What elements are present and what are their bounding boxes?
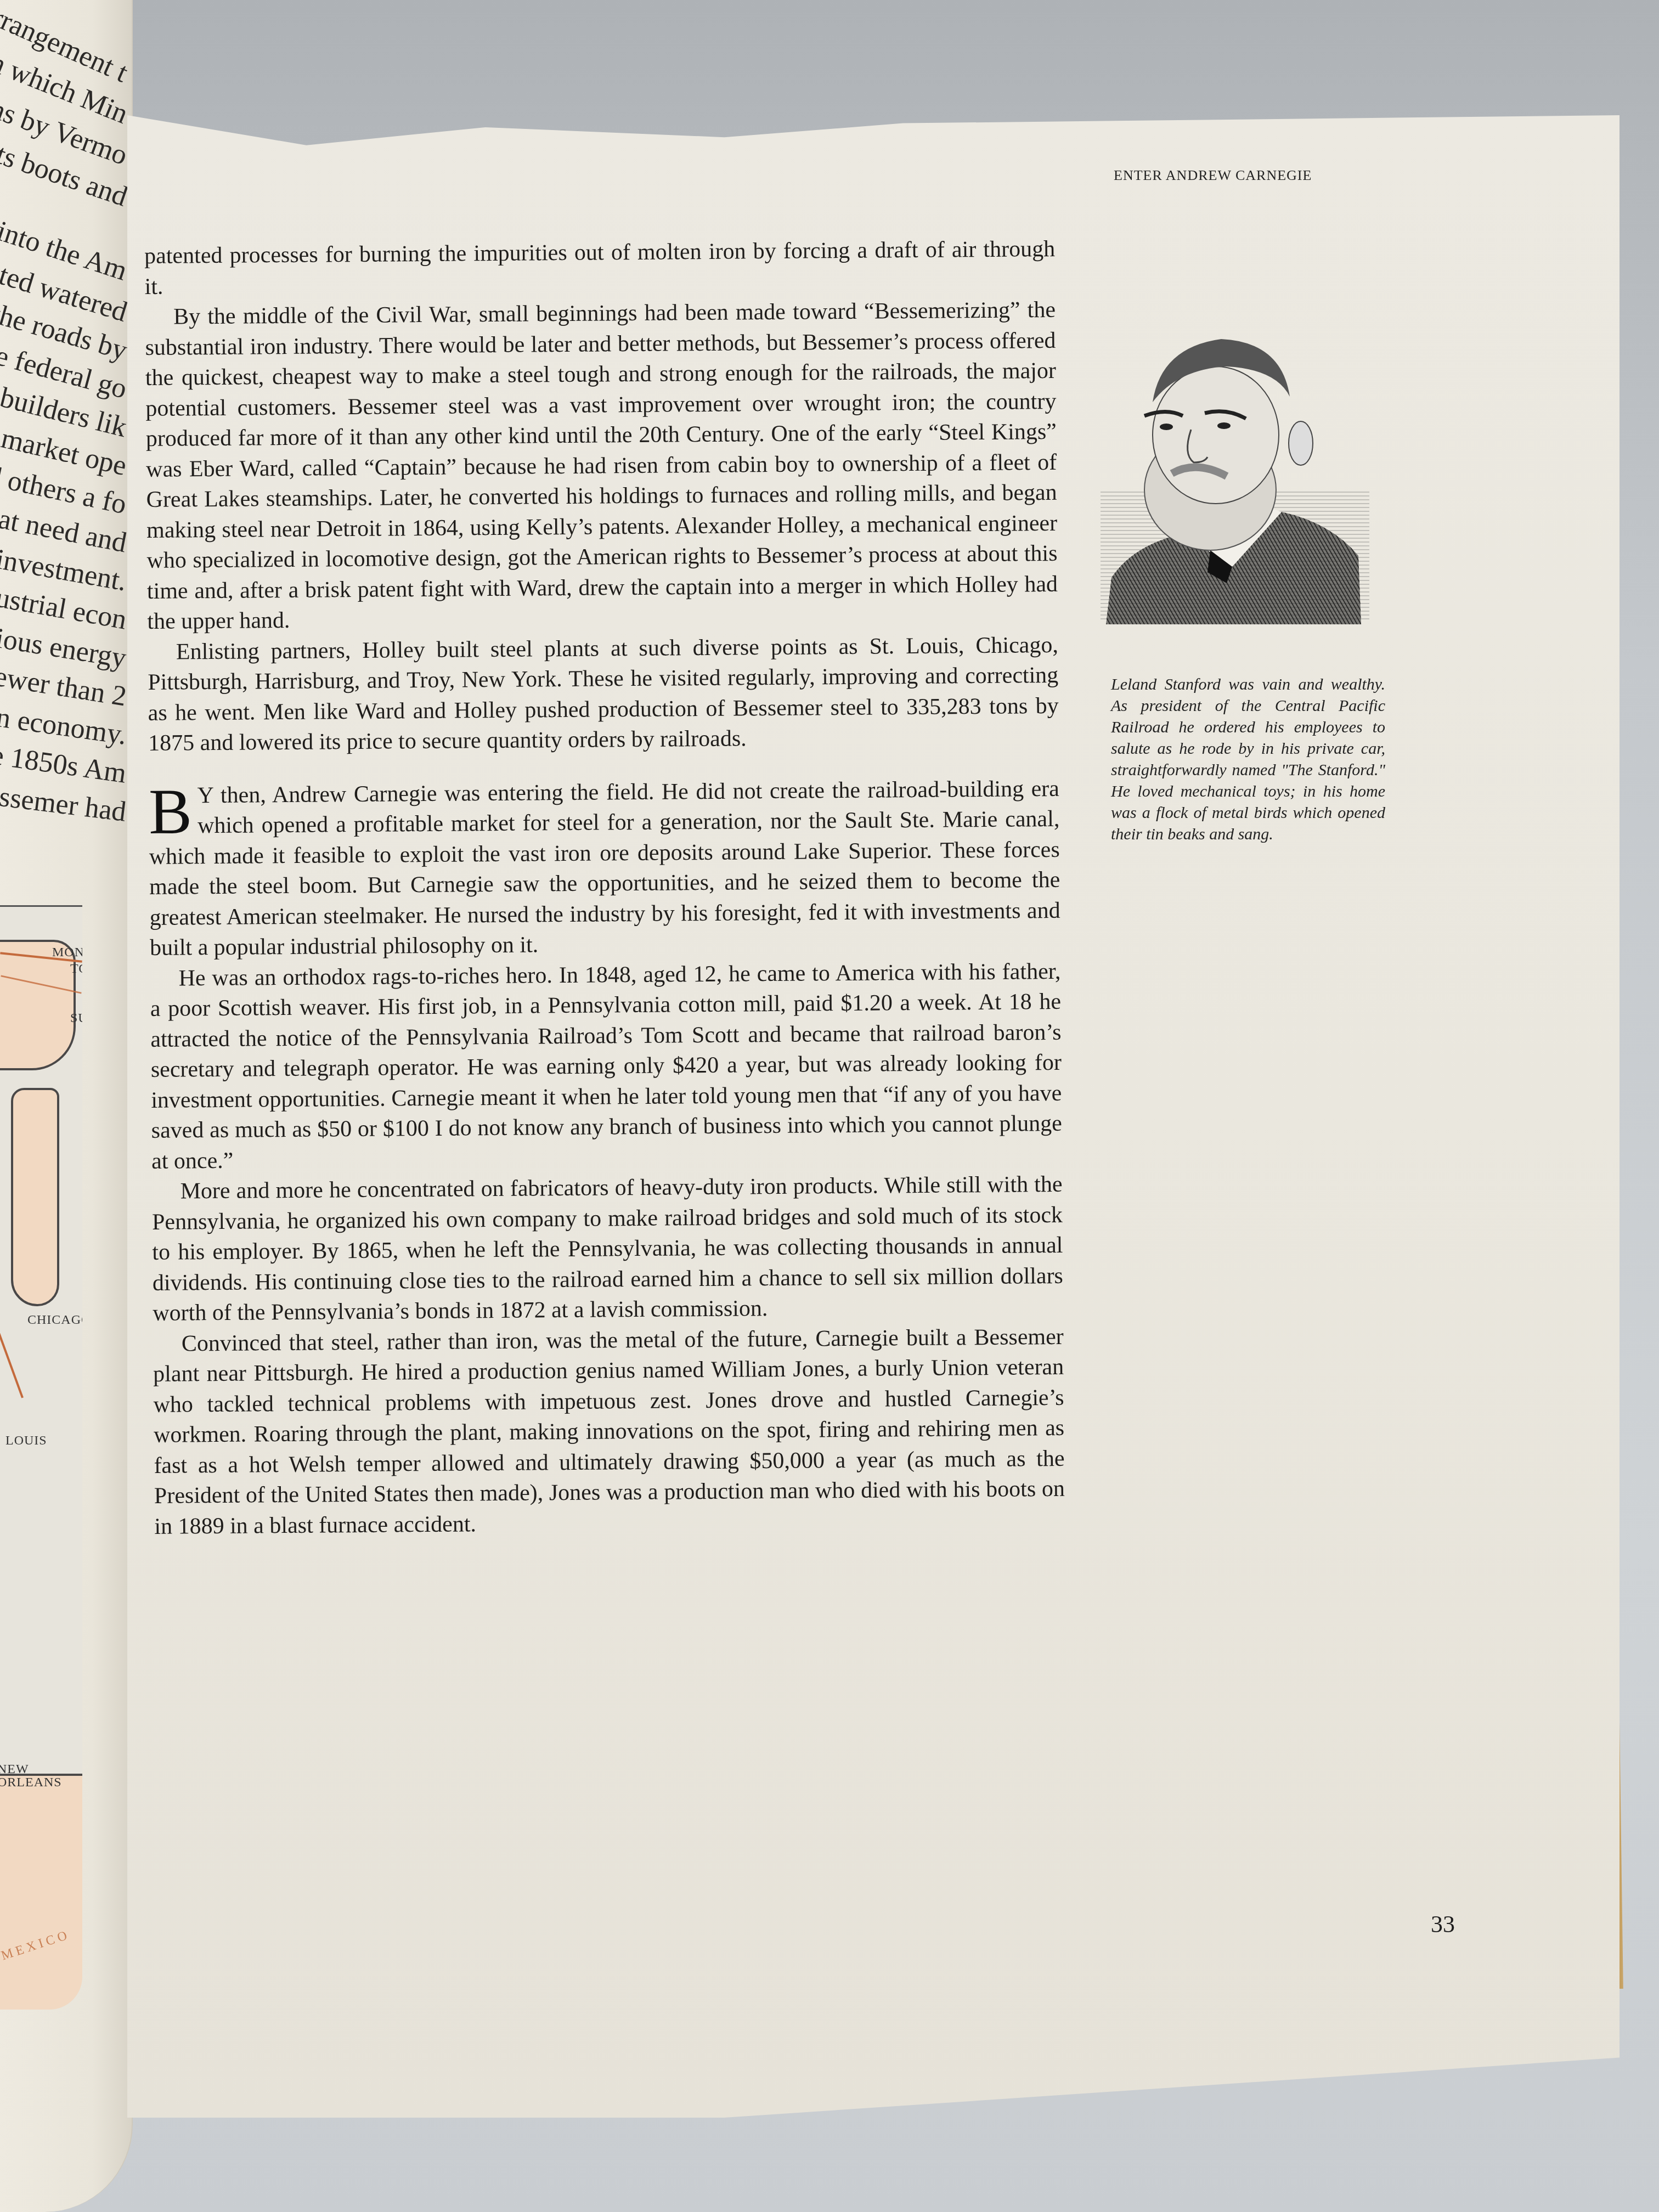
map-gulf-region [0,1774,82,2010]
railroad-line [0,1310,24,1398]
railroad-map: MONTREAL TORONTO SUDBURY CHICAGO LOUIS N… [0,905,82,2010]
map-label-toronto: TORONTO [70,962,82,977]
article-body: patented processes for burning the impur… [144,234,1065,1542]
map-label-new-orleans: NEW ORLEANS [0,1763,41,1789]
paragraph: patented processes for burning the impur… [144,234,1056,302]
portrait-caption: Leland Stanford was vain and wealthy. As… [1111,674,1385,845]
drop-cap: B [149,785,192,838]
running-head: ENTER ANDREW CARNEGIE [1114,167,1312,184]
paragraph: Enlisting partners, Holley built steel p… [148,630,1059,759]
portrait-engraving-icon [1101,325,1369,654]
paragraph-text: Y then, Andrew Carnegie was entering the… [149,776,1060,961]
paragraph: By the middle of the Civil War, small be… [145,295,1058,637]
paragraph: Convinced that steel, rather than iron, … [153,1322,1065,1542]
page-number: 33 [1431,1910,1455,1938]
section-opening-paragraph: BY then, Andrew Carnegie was entering th… [149,774,1061,963]
left-text-fragment: essemer had [0,781,128,827]
left-page: l arrangement t a in which Min ovens by … [0,0,133,2212]
paragraph: More and more he concentrated on fabrica… [151,1170,1063,1329]
paragraph: He was an orthodox rags-to-riches hero. … [150,956,1062,1177]
map-land-michigan [11,1088,59,1306]
map-label-chicago: CHICAGO [27,1313,82,1328]
map-label-st-louis: LOUIS [5,1434,47,1448]
map-label-sudbury: SUDBURY [70,1011,82,1026]
map-label-montreal: MONTREAL [52,945,82,960]
